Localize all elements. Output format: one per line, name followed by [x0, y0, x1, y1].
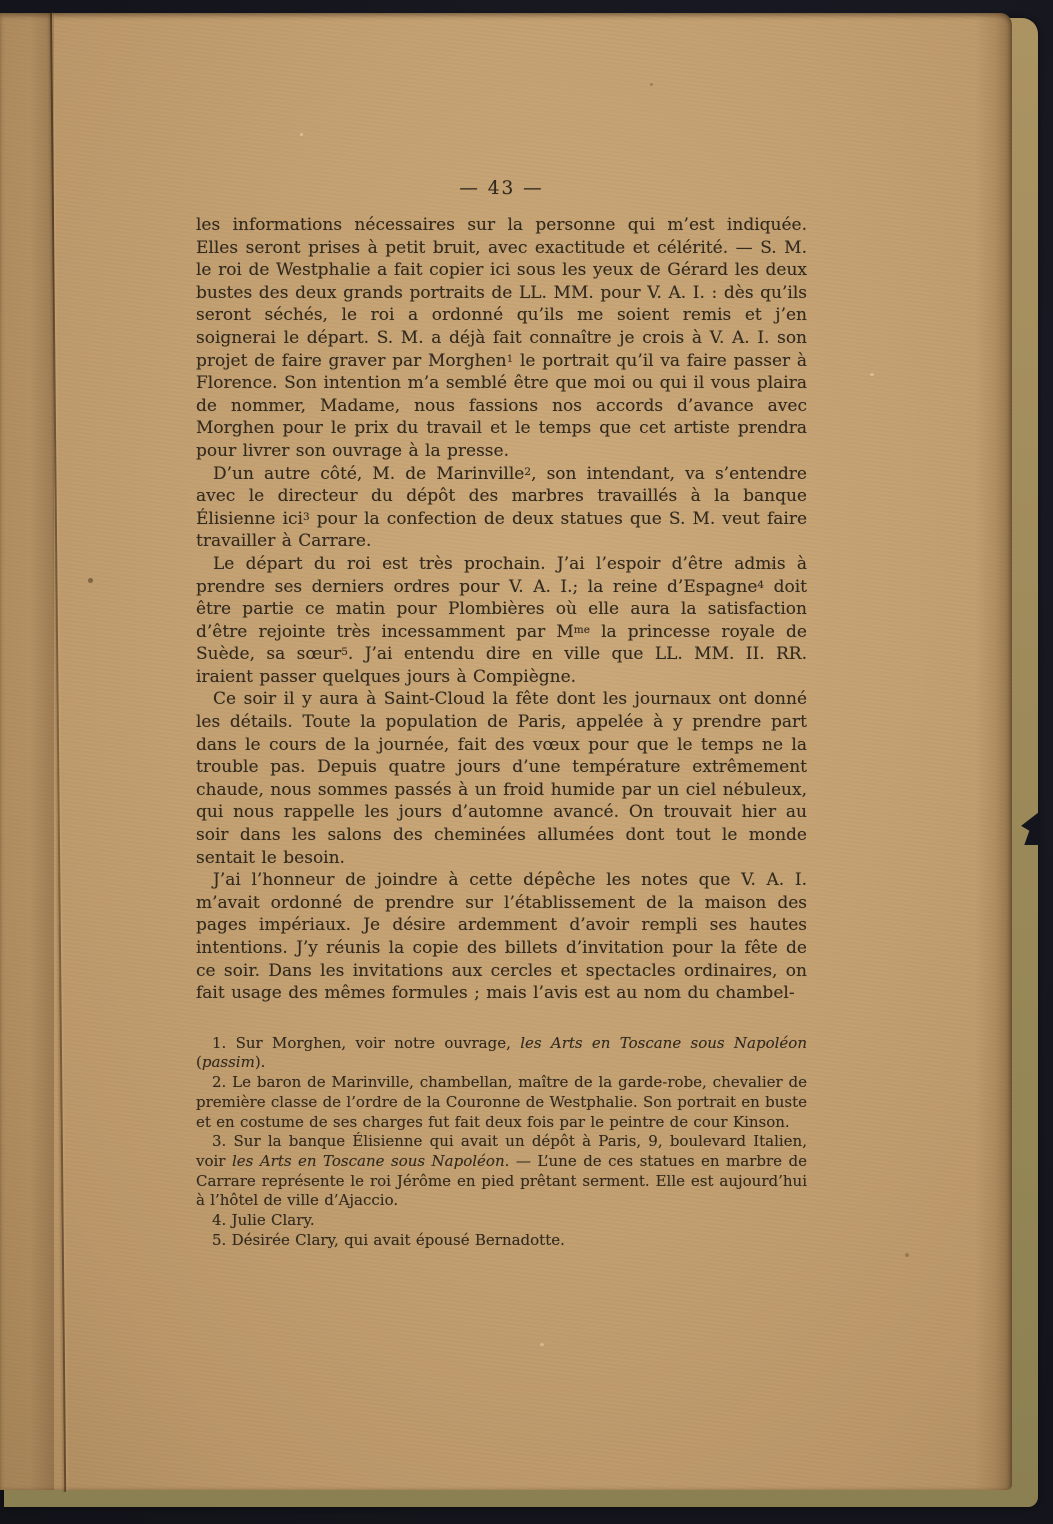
paper-speck: [650, 83, 653, 86]
paper-speck: [870, 373, 874, 376]
body-paragraph: D’un autre côté, M. de Marinville2, son …: [196, 463, 807, 553]
text-run: 1. Sur Morghen, voir notre ouvrage,: [212, 1034, 520, 1052]
text-run: les informations nécessaires sur la pers…: [196, 215, 807, 371]
page-edge-shadow: [975, 13, 1012, 1490]
footnote-reference: 3: [303, 511, 310, 523]
footnote: 2. Le baron de Marinville, chambellan, m…: [196, 1073, 807, 1132]
paper-speck: [88, 578, 93, 583]
body-paragraph: Ce soir il y aura à Saint-Cloud la fête …: [196, 688, 807, 869]
text-run: ).: [255, 1053, 266, 1071]
paper-speck: [300, 133, 303, 136]
footnote-reference: me: [574, 624, 590, 636]
body-paragraph: Le départ du roi est très prochain. J’ai…: [196, 553, 807, 689]
italic-run: les Arts en Toscane sous Napoléon: [520, 1034, 807, 1052]
text-run: 4. Julie Clary.: [212, 1211, 315, 1229]
footnote: 4. Julie Clary.: [196, 1211, 807, 1231]
body-text: les informations nécessaires sur la pers…: [196, 214, 807, 1005]
italic-run: les Arts en Toscane sous Napoléon: [232, 1152, 505, 1170]
footnote: 3. Sur la banque Élisienne qui avait un …: [196, 1132, 807, 1211]
paper-speck: [905, 1253, 909, 1257]
text-run: 2. Le baron de Marinville, chambellan, m…: [196, 1073, 807, 1130]
page-number: — 43 —: [196, 178, 807, 200]
text-run: 5. Désirée Clary, qui avait épousé Berna…: [212, 1231, 565, 1249]
italic-run: passim: [202, 1053, 255, 1071]
footnote: 5. Désirée Clary, qui avait épousé Berna…: [196, 1231, 807, 1251]
footnote-reference: 5: [341, 646, 348, 658]
footnote: 1. Sur Morghen, voir notre ouvrage, les …: [196, 1034, 807, 1073]
text-run: D’un autre côté, M. de Marinville: [213, 464, 524, 484]
text-run: Ce soir il y aura à Saint-Cloud la fête …: [196, 689, 807, 867]
body-paragraph: J’ai l’honneur de joindre à cette dépêch…: [196, 869, 807, 1005]
paper-speck: [540, 1343, 544, 1346]
text-run: Le départ du roi est très prochain. J’ai…: [196, 554, 807, 597]
book-scan: — 43 — les informations nécessaires sur …: [0, 0, 1053, 1524]
body-paragraph: les informations nécessaires sur la pers…: [196, 214, 807, 463]
text-run: J’ai l’honneur de joindre à cette dépêch…: [196, 870, 807, 1003]
text-column: — 43 — les informations nécessaires sur …: [196, 178, 807, 1251]
binding-gutter-shadow: [0, 13, 54, 1490]
footnotes: 1. Sur Morghen, voir notre ouvrage, les …: [196, 1034, 807, 1251]
